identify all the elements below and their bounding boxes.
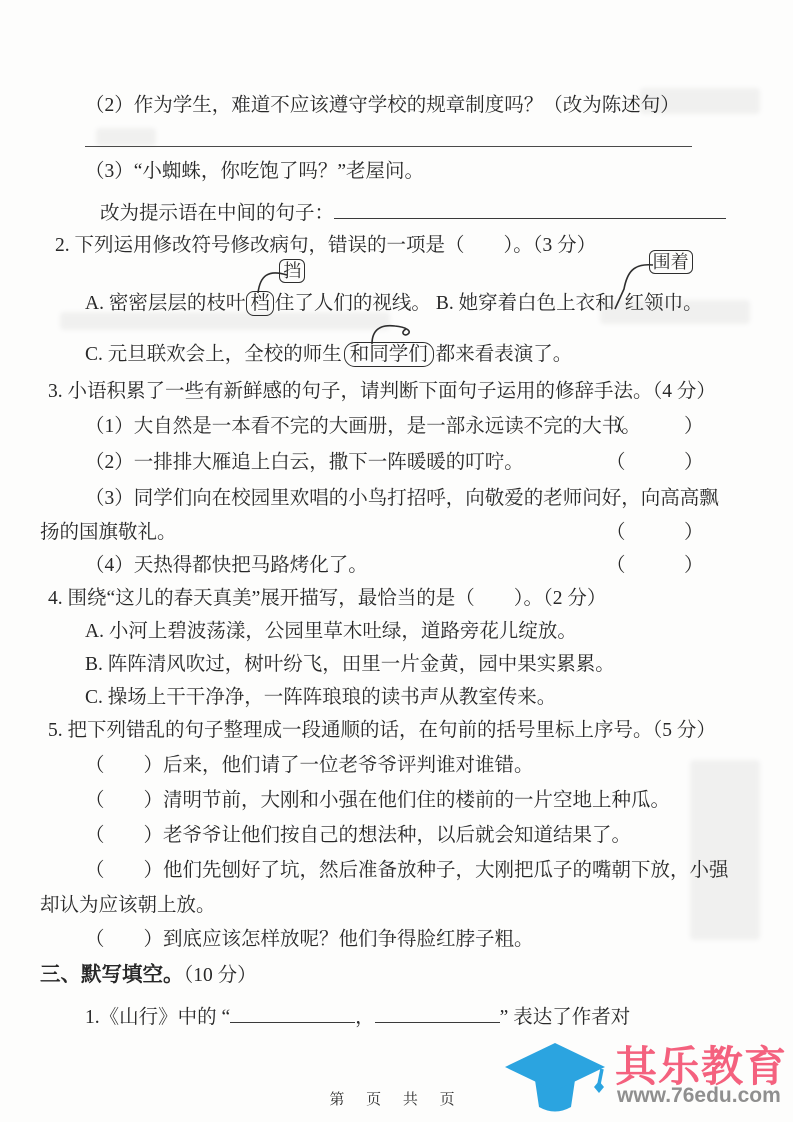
section3-blank-2 [375,1003,500,1023]
q2-options-ab-line: A. 密密层层的枝叶档挡住了人们的视线。B. 她穿着白色上衣和围着红领巾。 [85,289,703,317]
q2-b-insert-caret: 围着 [615,289,625,309]
q3-item-3: （3）同学们向在校园里欢唱的小鸟打招呼，向敬爱的老师问好，向高高飘 [85,485,719,512]
q2-b-pre-text: B. 她穿着白色上衣和 [436,293,615,314]
q5-item-4-text: 他们先刨好了坑，然后准备放种子，大刚把瓜子的嘴朝下放，小强 [163,860,729,881]
q3-item-3-answer-paren: （ ） [606,519,704,546]
q1-sub3-line: （3）“小蜘蛛，你吃饱了吗？”老屋问。 [85,158,424,185]
q5-item-3-text: 老爷爷让他们按自己的想法种，以后就会知道结果了。 [163,825,631,846]
q3-item-1: （1）大自然是一本看不完的大画册，是一部永远读不完的大书。 [85,413,641,440]
q5-item-2-paren: （ ） [85,790,163,811]
q3-item-2-answer-paren: （ ） [606,449,704,476]
section3-item-1: 1.《山行》中的 “，” 表达了作者对 [85,1003,630,1031]
q5-item-4-continuation: 却认为应该朝上放。 [40,892,216,919]
q5-item-3-paren: （ ） [85,825,163,846]
q3-item-3-continuation: 扬的国旗敬礼。 [40,519,177,546]
q5-item-5: （ ）到底应该怎样放呢？他们争得脸红脖子粗。 [85,926,534,953]
page-footer-label: 第 页 共 页 [329,1088,463,1109]
q1-sub3-answer-blank [334,199,726,219]
q2-a-boxed-text: 档 [250,293,270,314]
q5-item-5-text: 到底应该怎样放呢？他们争得脸红脖子粗。 [163,929,534,950]
q5-item-2: （ ）清明节前，大刚和小强在他们住的楼前的一片空地上种瓜。 [85,787,670,814]
q5-item-3: （ ）老爷爷让他们按自己的想法种，以后就会知道结果了。 [85,822,631,849]
q5-item-4: （ ）他们先刨好了坑，然后准备放种子，大刚把瓜子的嘴朝下放，小强 [85,857,729,884]
section3-item-1-pre: 1.《山行》中的 “ [85,1007,230,1028]
q2-stem: 2. 下列运用修改符号修改病句，错误的一项是（ ）。（3 分） [55,232,596,259]
bleed-artifact [96,128,156,146]
q5-item-2-text: 清明节前，大刚和小强在他们住的楼前的一片空地上种瓜。 [163,790,670,811]
q4-option-a: A. 小河上碧波荡漾，公园里草木吐绿，道路旁花儿绽放。 [85,618,577,645]
brand-url: www.76edu.com [617,1084,781,1108]
graduation-cap-icon [503,1040,608,1120]
q1-sub2-answer-line [85,146,692,147]
q1-sub2-line: （2）作为学生，难道不应该遵守学校的规章制度吗？（改为陈述句） [85,92,680,119]
q5-item-1: （ ）后来，他们请了一位老爷爷评判谁对谁错。 [85,752,534,779]
q3-item-1-answer-paren: （ ） [606,413,704,440]
section3-heading-score: （10 分） [184,965,257,986]
exam-page: （2）作为学生，难道不应该遵守学校的规章制度吗？（改为陈述句） （3）“小蜘蛛，… [0,0,793,1122]
q4-stem: 4. 围绕“这儿的春天真美”展开描写，最恰当的是（ ）。（2 分） [48,585,606,612]
section3-heading: 三、默写填空。（10 分） [40,962,257,989]
q2-a-boxed-char: 档挡 [246,291,274,316]
q4-option-b: B. 阵阵清风吹过，树叶纷飞，田里一片金黄，园中果实累累。 [85,651,615,678]
q5-item-5-paren: （ ） [85,929,163,950]
q2-a-pre-text: A. 密密层层的枝叶 [85,293,245,314]
q2-b-correction-mark: 围着 [649,250,693,274]
q3-item-4-answer-paren: （ ） [606,552,704,579]
q4-option-c: C. 操场上干干净净，一阵阵琅琅的读书声从教室传来。 [85,684,556,711]
brand-logo: 其乐教育 www.76edu.com [503,1036,793,1122]
q2-c-boxed-phrase: 和同学们 [344,342,434,367]
section3-heading-title: 三、默写填空。 [40,964,184,986]
q1-sub3-prompt-line: 改为提示语在中间的句子： [100,199,726,227]
q2-option-c-line: C. 元旦联欢会上，全校的师生和同学们都来看表演了。 [85,341,572,368]
q5-stem: 5. 把下列错乱的句子整理成一段通顺的话，在句前的括号里标上序号。（5 分） [48,717,716,744]
q1-sub3-prompt-text: 改为提示语在中间的句子： [100,203,334,224]
section3-item-1-post: ” 表达了作者对 [500,1007,631,1028]
q2-c-pre-text: C. 元旦联欢会上，全校的师生 [85,344,342,365]
q5-item-1-text: 后来，他们请了一位老爷爷评判谁对谁错。 [163,755,534,776]
section3-blank-1 [230,1003,355,1023]
q3-item-4: （4）天热得都快把马路烤化了。 [85,552,368,579]
q2-a-connector-curve [255,264,289,294]
q5-item-1-paren: （ ） [85,755,163,776]
q2-c-delete-mark [369,321,427,344]
bleed-artifact [690,760,760,940]
section3-item-1-comma: ， [355,1007,375,1028]
q5-item-4-paren: （ ） [85,860,163,881]
q2-c-boxed-text: 和同学们 [350,344,428,365]
q2-a-post-text: 住了人们的视线。 [275,293,431,314]
q3-stem: 3. 小语积累了一些有新鲜感的句子，请判断下面句子运用的修辞手法。（4 分） [48,378,716,405]
q2-c-post-text: 都来看表演了。 [436,344,573,365]
q3-item-2: （2）一排排大雁追上白云，撒下一阵暖暖的叮咛。 [85,449,524,476]
